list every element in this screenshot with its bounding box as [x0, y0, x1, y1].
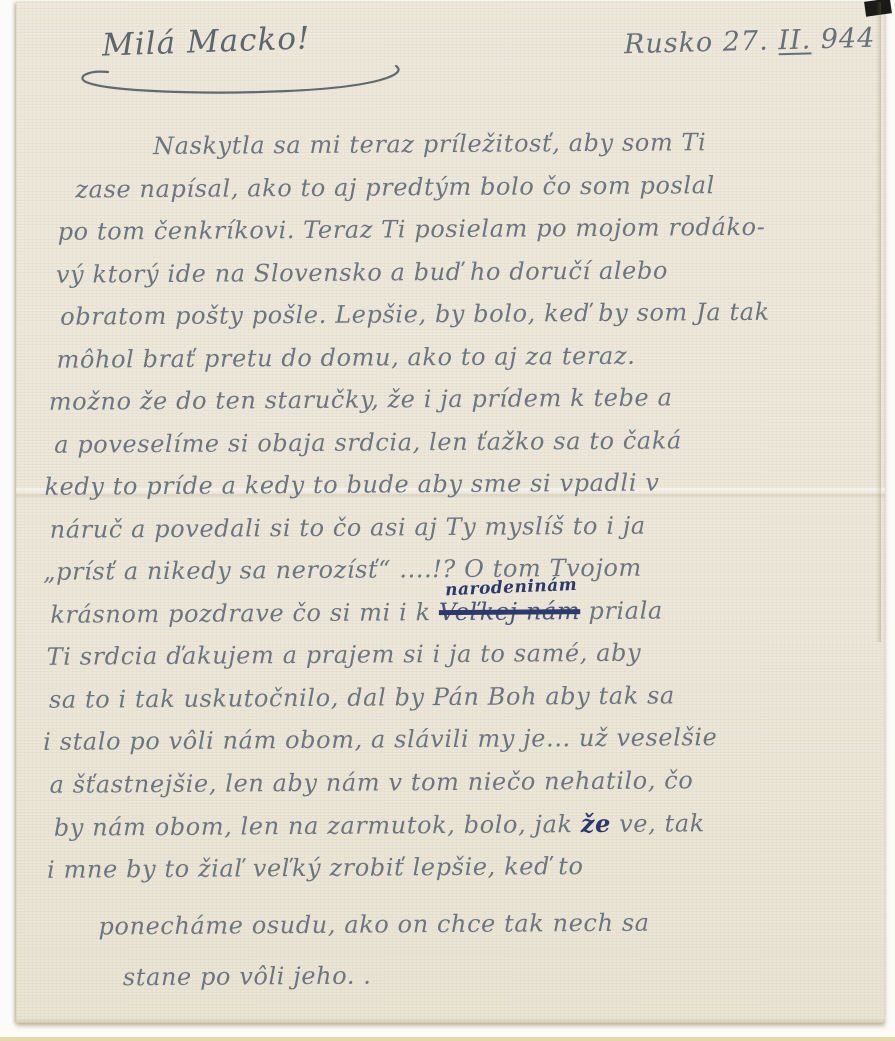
scanned-letter-page: { "document": { "kind": "handwritten-let… — [0, 0, 895, 1041]
letter-body: Naskytla sa mi teraz príležitosť, aby so… — [13, 127, 888, 1006]
letter-line: možno že do ten staručky, že i ja prídem… — [49, 382, 884, 430]
letter-line: Ti srdcia ďakujem a prajem si i ja to sa… — [47, 637, 886, 685]
letter-line: ponecháme osudu, ako on chce tak nech sa — [98, 907, 887, 955]
letter-line: a šťastnejšie, len aby nám v tom niečo n… — [49, 764, 886, 812]
correction-area: narodeninámVeľkej nám — [439, 597, 580, 626]
struck-out-word: Veľkej nám — [439, 597, 580, 626]
line-text-before-insert: by nám obom, len na zarmutok, bolo, jak — [54, 810, 581, 842]
scan-background: Milá Macko! Rusko 27. II. 944 Naskytla s… — [0, 0, 895, 1041]
letter-line: kedy to príde a kedy to bude aby sme si … — [44, 467, 884, 515]
letter-line: Naskytla sa mi teraz príležitosť, aby so… — [153, 127, 882, 175]
dark-ink-insert-word: že — [581, 809, 611, 838]
line-text-before-correction: krásnom pozdrave čo si mi i k — [50, 598, 439, 629]
dateline: Rusko 27. II. 944 — [624, 23, 876, 61]
letter-line: i stalo po vôli nám obom, a slávili my j… — [43, 722, 886, 770]
letter-line: náruč a povedali si to čo asi aj Ty mysl… — [50, 509, 885, 557]
dateline-place-day: Rusko 27. — [624, 25, 779, 60]
letter-line-with-insert: by nám obom, len na zarmutok, bolo, jak … — [54, 807, 887, 855]
letter-line: po tom čenkríkovi. Teraz Ti posielam po … — [58, 212, 883, 260]
letter-line: i mne by to žiaľ veľký zrobiť lepšie, ke… — [47, 849, 887, 897]
letter-line: a poveselíme si obaja srdcia, len ťažko … — [54, 424, 884, 472]
letter-paper: Milá Macko! Rusko 27. II. 944 Naskytla s… — [16, 2, 885, 1023]
letter-line: zase napísal, ako to aj predtým bolo čo … — [75, 169, 882, 217]
scan-bottom-edge-strip — [0, 1037, 895, 1041]
letter-line-with-correction: krásnom pozdrave čo si mi i k narodeniná… — [50, 594, 885, 642]
salutation-underline-flourish — [78, 60, 408, 98]
letter-line: môhol brať pretu do domu, ako to aj za t… — [56, 339, 883, 387]
salutation: Milá Macko! — [101, 20, 311, 63]
letter-line: sa to i tak uskutočnilo, dal by Pán Boh … — [49, 679, 886, 727]
dateline-month: II. — [778, 24, 812, 56]
line-text-after-correction: priala — [580, 596, 663, 625]
letter-line: vý ktorý ide na Slovensko a buď ho doruč… — [56, 254, 883, 302]
dateline-year: 944 — [811, 23, 876, 56]
letter-line: stane po vôli jeho. . — [123, 957, 888, 1005]
line-text-after-insert: ve, tak — [611, 809, 705, 838]
letter-line: obratom pošty pošle. Lepšie, by bolo, ke… — [60, 297, 883, 345]
